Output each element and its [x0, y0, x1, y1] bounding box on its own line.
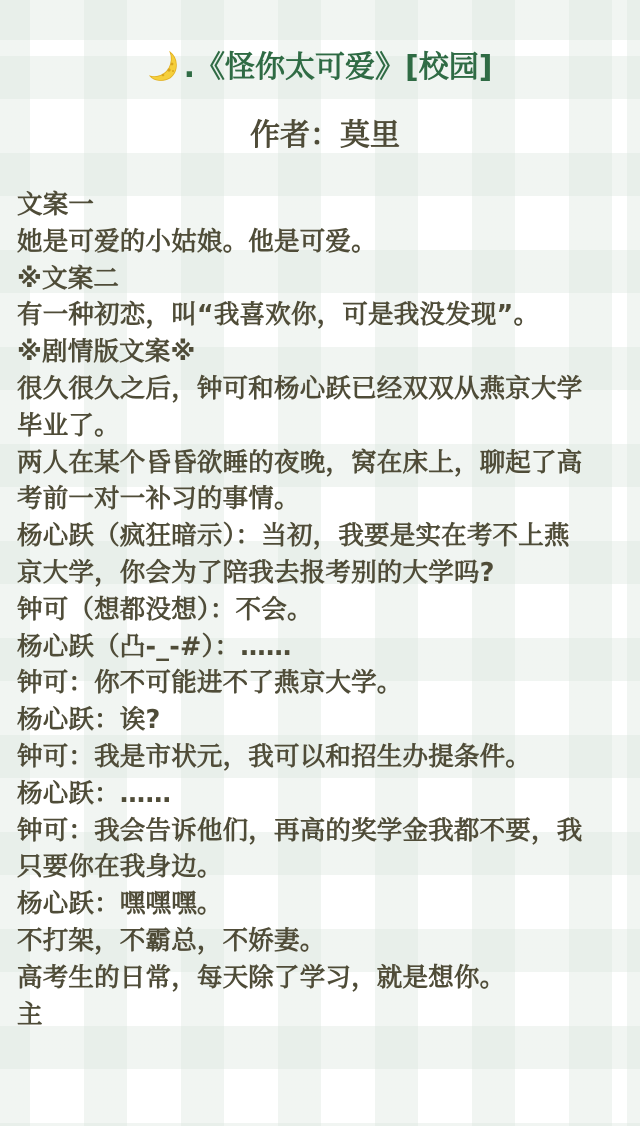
synopsis-line: 毕业了。 [17, 408, 629, 445]
synopsis-line: 两人在某个昏昏欲睡的夜晚，窝在床上，聊起了高 [17, 445, 629, 482]
dialogue-line: 杨心跃：嘿嘿嘿。 [17, 886, 629, 923]
synopsis-line: 很久很久之后，钟可和杨心跃已经双双从燕京大学 [17, 371, 629, 408]
dialogue-line: 钟可（想都没想）：不会。 [17, 592, 629, 629]
synopsis-line: 她是可爱的小姑娘。他是可爱。 [17, 224, 629, 261]
dialogue-line: 杨心跃：…… [17, 776, 629, 813]
dialogue-line: 钟可：你不可能进不了燕京大学。 [17, 665, 629, 702]
synopsis-body: 文案一 她是可爱的小姑娘。他是可爱。 ※文案二 有一种初恋，叫“我喜欢你，可是我… [17, 187, 629, 1033]
synopsis-line: 高考生的日常，每天除了学习，就是想你。 [17, 960, 629, 997]
synopsis-line: 考前一对一补习的事情。 [17, 481, 629, 518]
dialogue-line: 钟可：我是市状元，我可以和招生办提条件。 [17, 739, 629, 776]
dialogue-line: 杨心跃：诶? [17, 702, 629, 739]
document-page: .《怪你太可爱》[校园] 作者：莫里 文案一 她是可爱的小姑娘。他是可爱。 ※文… [0, 0, 640, 1126]
dialogue-line: 杨心跃（凸-_-#）：…… [17, 629, 629, 666]
synopsis-heading-1: 文案一 [17, 187, 629, 224]
synopsis-line: 不打架，不霸总，不娇妻。 [17, 923, 629, 960]
book-title: 《怪你太可爱》[校园] [195, 50, 492, 85]
dialogue-line: 只要你在我身边。 [17, 849, 629, 886]
dialogue-line: 钟可：我会告诉他们，再高的奖学金我都不要，我 [17, 813, 629, 850]
synopsis-line-truncated: 主 [17, 997, 629, 1034]
synopsis-heading-2: ※文案二 [17, 261, 629, 298]
book-title-row: .《怪你太可爱》[校园] [0, 46, 640, 90]
dialogue-line: 京大学，你会为了陪我去报考别的大学吗? [17, 555, 629, 592]
crescent-moon-icon [148, 49, 182, 83]
title-prefix: . [184, 50, 195, 85]
synopsis-heading-plot: ※剧情版文案※ [17, 334, 629, 371]
dialogue-line: 杨心跃（疯狂暗示）：当初，我要是实在考不上燕 [17, 518, 629, 555]
synopsis-line: 有一种初恋，叫“我喜欢你，可是我没发现”。 [17, 297, 629, 334]
author-line: 作者：莫里 [0, 114, 640, 158]
